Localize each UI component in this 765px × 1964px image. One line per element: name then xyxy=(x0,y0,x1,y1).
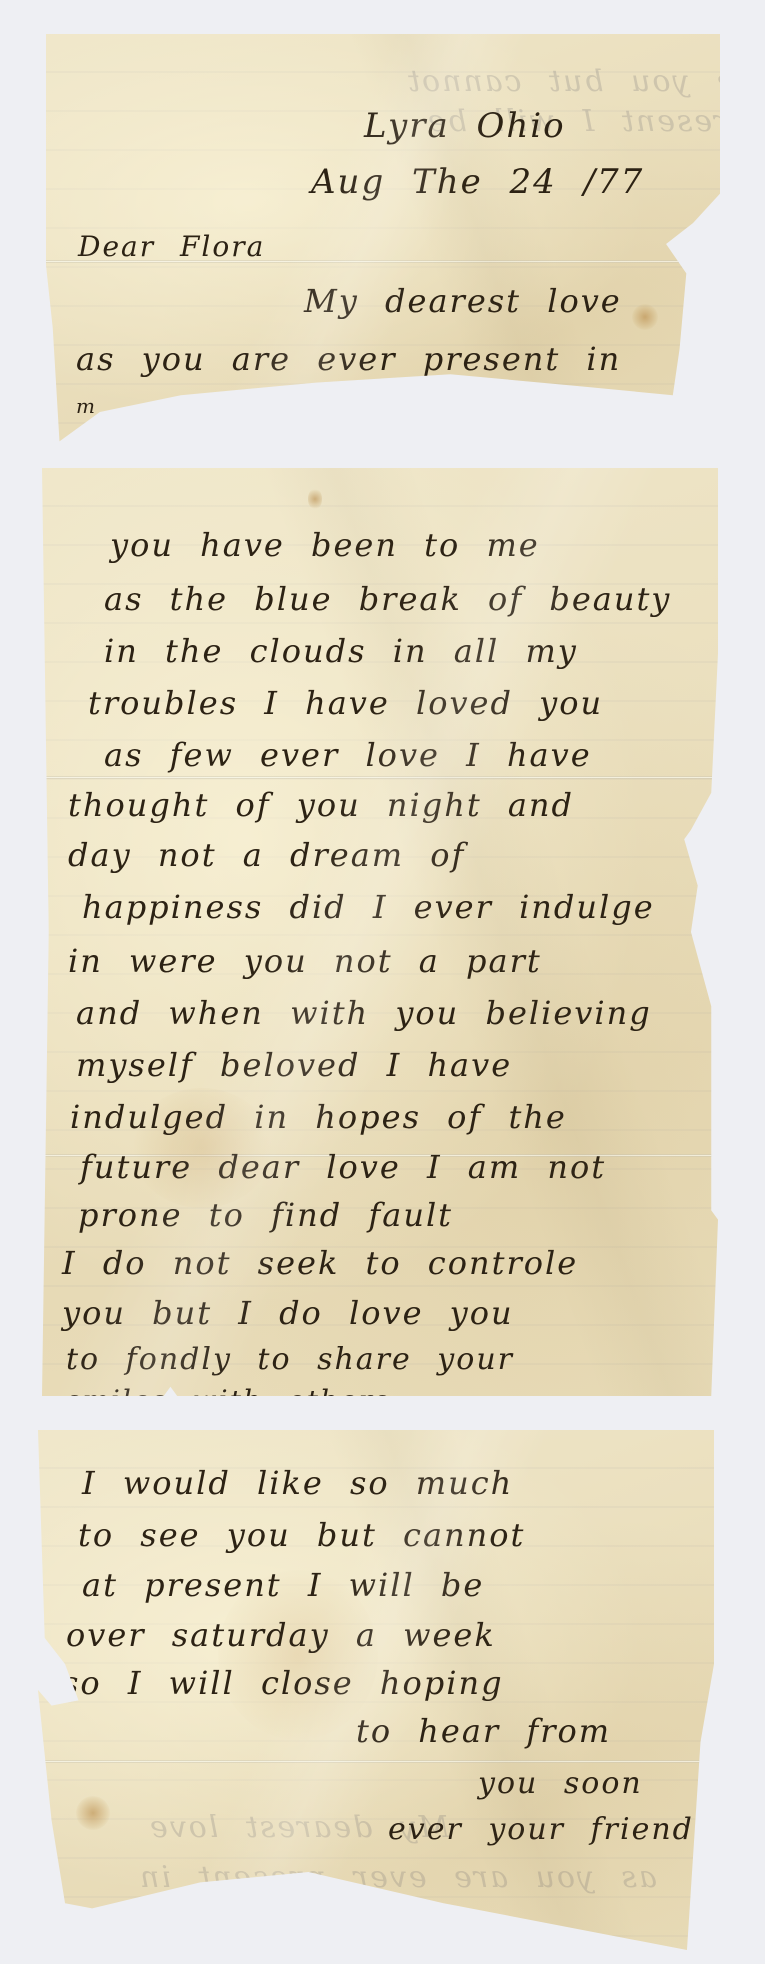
letter-fragment-2: you have been to me as the blue break of… xyxy=(42,468,718,1396)
letter-closing: ever your friend xyxy=(388,1812,694,1847)
letter-line: day not a dream of xyxy=(68,836,465,874)
letter-line: thought of you night and xyxy=(68,786,574,824)
letter-line: future dear love I am not xyxy=(80,1148,606,1186)
paper-stain xyxy=(308,488,322,510)
letter-line: you but I do love you xyxy=(62,1294,514,1332)
letter-line: to see you but cannot xyxy=(78,1516,525,1554)
letter-line: indulged in hopes of the xyxy=(70,1098,567,1136)
letter-line: at present I will be xyxy=(82,1566,484,1604)
letter-line: and when with you believing xyxy=(76,994,652,1032)
letter-date: Aug The 24 /77 xyxy=(311,162,644,202)
paper-stain xyxy=(632,304,658,330)
letter-line: as you are ever present in xyxy=(76,340,621,378)
letter-line: myself beloved I have xyxy=(76,1046,512,1084)
letter-line: troubles I have loved you xyxy=(88,684,603,722)
letter-line: so I will close hoping xyxy=(62,1664,504,1702)
bleed-through-text: to see you but cannot xyxy=(406,64,765,99)
letter-line: in were you not a part xyxy=(68,942,542,980)
letter-line: happiness did I ever indulge xyxy=(82,888,655,926)
letter-line: in the clouds in all my xyxy=(104,632,578,670)
letter-line: I do not seek to controle xyxy=(62,1244,578,1282)
letter-place: Lyra Ohio xyxy=(364,106,566,146)
letter-line: prone to find fault xyxy=(78,1196,453,1234)
letter-line: smiles with others xyxy=(66,1384,390,1417)
bleed-through-text: as you are ever present in xyxy=(138,1860,657,1895)
letter-line: over saturday a week xyxy=(66,1616,496,1654)
paper-stain xyxy=(76,1796,110,1830)
letter-line: I would like so much xyxy=(82,1464,513,1502)
paper-fold xyxy=(42,776,718,779)
letter-line: as the blue break of beauty xyxy=(104,580,671,618)
letter-line: you soon xyxy=(478,1766,643,1801)
letter-line: to hear from xyxy=(356,1712,611,1750)
letter-line: you have been to me xyxy=(110,526,540,564)
letter-fragment-1: to see you but cannot at present I will … xyxy=(46,34,720,454)
letter-line: to fondly to share your xyxy=(66,1342,514,1377)
letter-salutation: Dear Flora xyxy=(78,230,265,263)
letter-fragment-3: My dearest love as you are ever present … xyxy=(38,1430,714,1950)
letter-line: My dearest love xyxy=(304,282,622,320)
letter-line: as few ever love I have xyxy=(104,736,592,774)
paper-fold xyxy=(38,1760,714,1763)
letter-line: m xyxy=(76,394,97,418)
